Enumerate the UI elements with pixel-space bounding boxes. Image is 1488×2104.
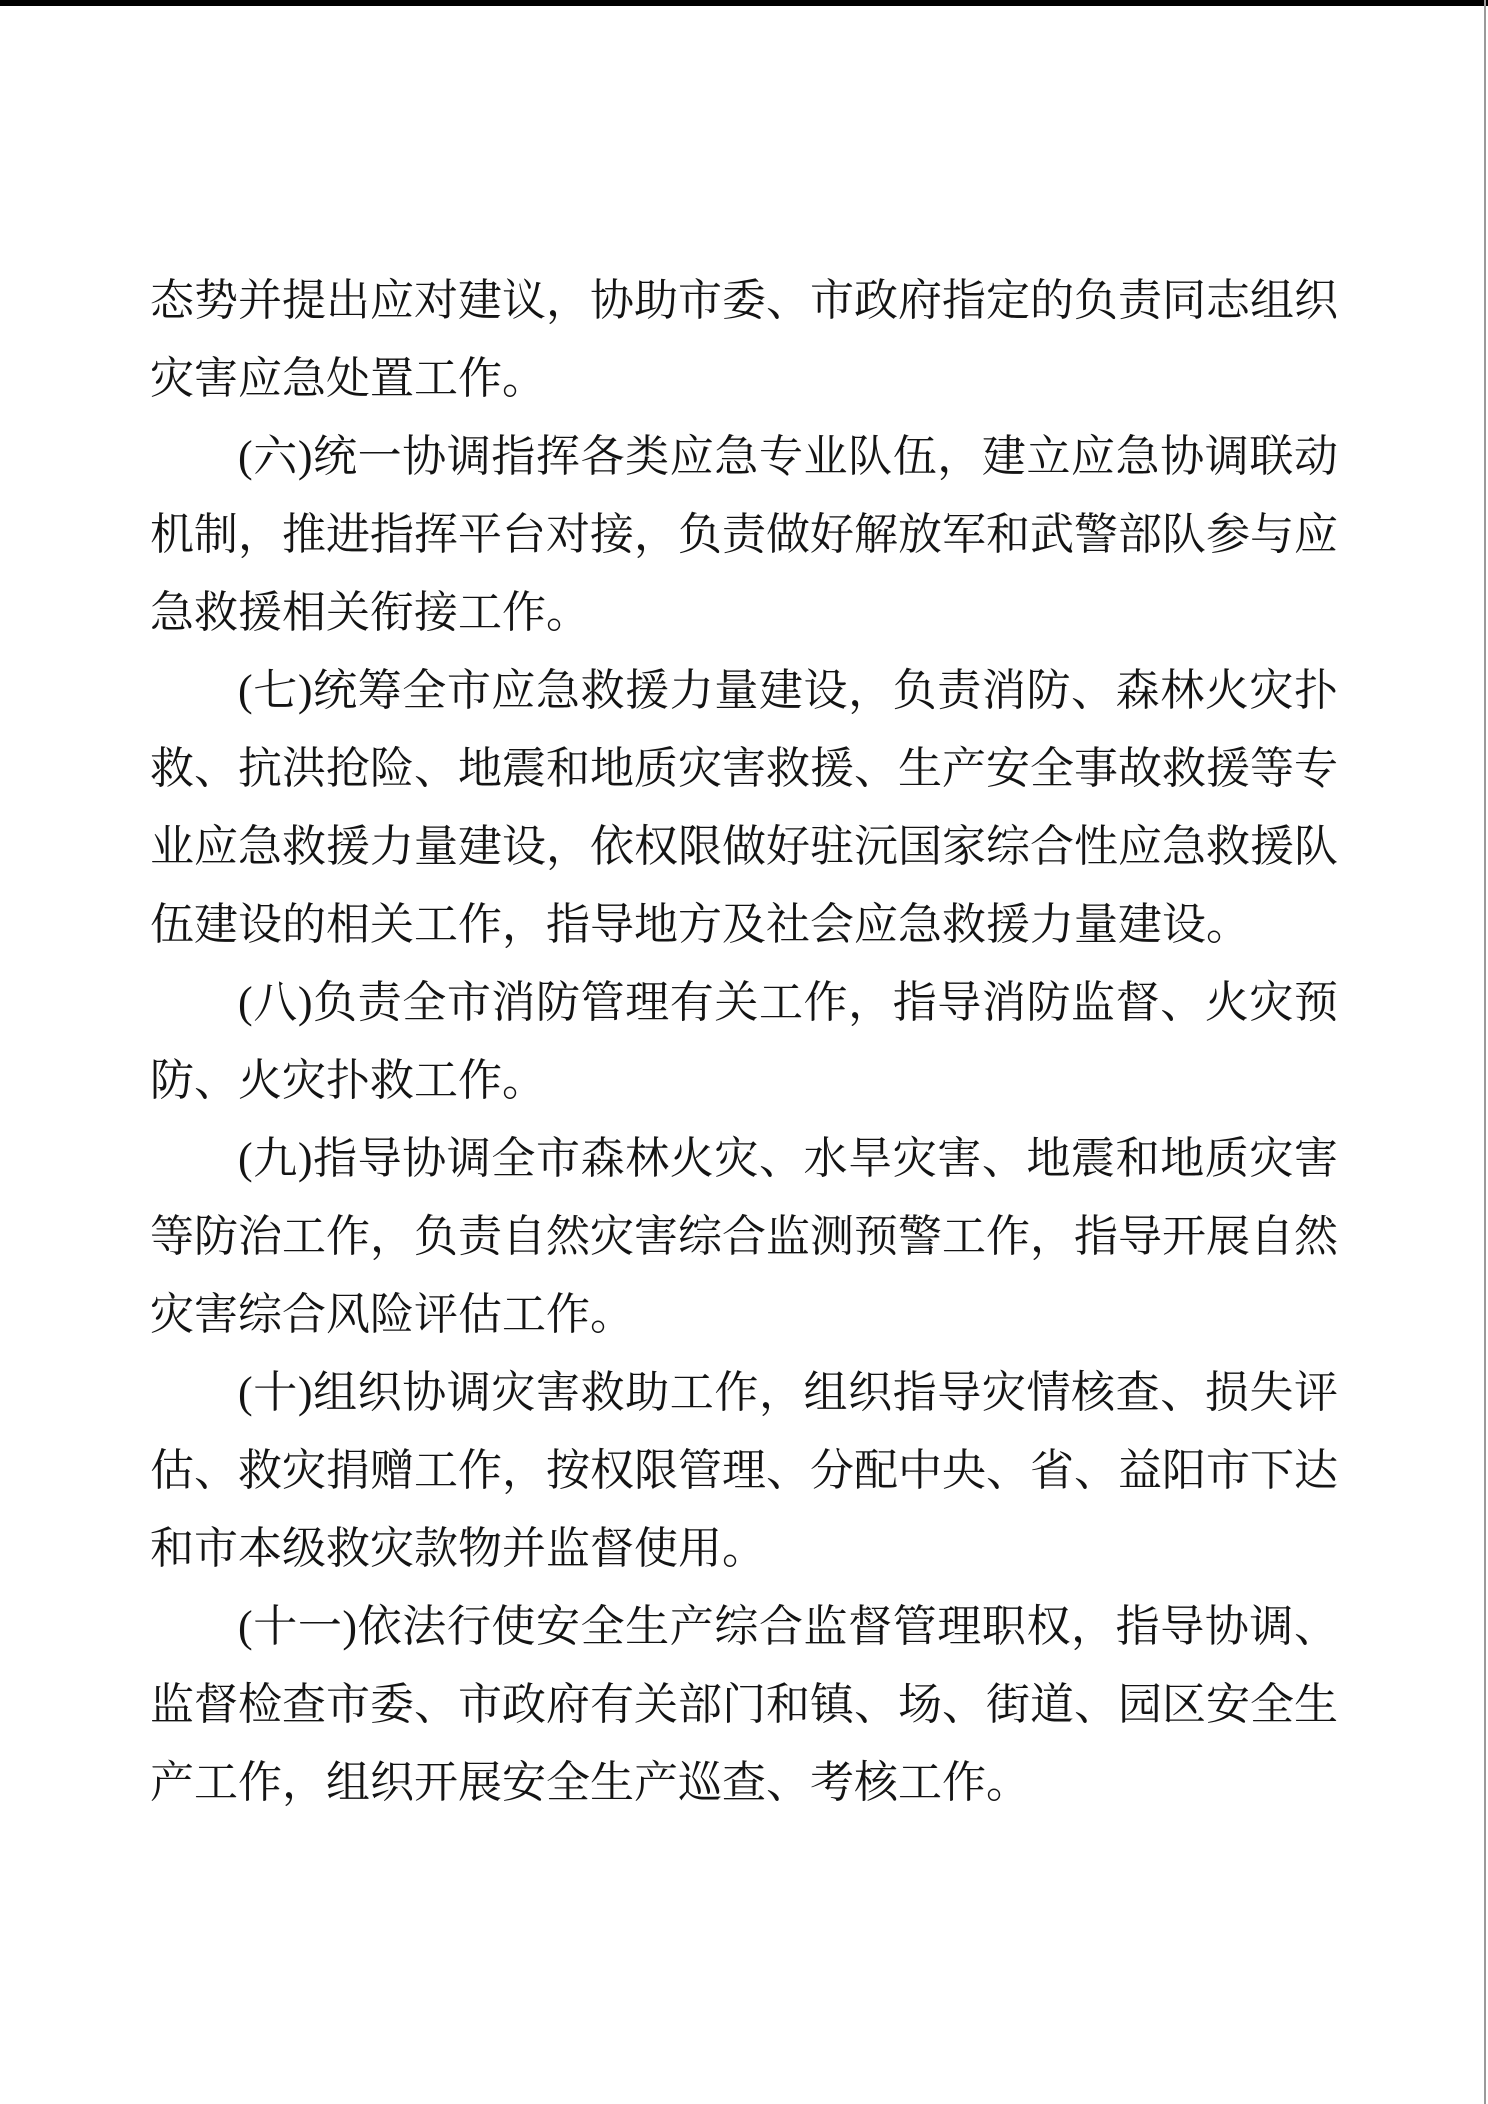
paragraph: (十)组织协调灾害救助工作，组织指导灾情核查、损失评估、救灾捐赠工作，按权限管理…: [150, 1354, 1338, 1588]
paragraph: (七)统筹全市应急救援力量建设，负责消防、森林火灾扑救、抗洪抢险、地震和地质灾害…: [150, 652, 1338, 964]
scan-edge-right-line: [1484, 0, 1486, 2104]
paragraph: (六)统一协调指挥各类应急专业队伍，建立应急协调联动机制，推进指挥平台对接，负责…: [150, 418, 1338, 652]
paragraph: (十一)依法行使安全生产综合监督管理职权，指导协调、监督检查市委、市政府有关部门…: [150, 1588, 1338, 1822]
scan-edge-top-bar: [0, 0, 1488, 6]
paragraph: 态势并提出应对建议，协助市委、市政府指定的负责同志组织灾害应急处置工作。: [150, 262, 1338, 418]
document-body: 态势并提出应对建议，协助市委、市政府指定的负责同志组织灾害应急处置工作。(六)统…: [150, 262, 1338, 1822]
paragraph: (八)负责全市消防管理有关工作，指导消防监督、火灾预防、火灾扑救工作。: [150, 964, 1338, 1120]
document-page: 态势并提出应对建议，协助市委、市政府指定的负责同志组织灾害应急处置工作。(六)统…: [0, 0, 1488, 2104]
paragraph: (九)指导协调全市森林火灾、水旱灾害、地震和地质灾害等防治工作，负责自然灾害综合…: [150, 1120, 1338, 1354]
